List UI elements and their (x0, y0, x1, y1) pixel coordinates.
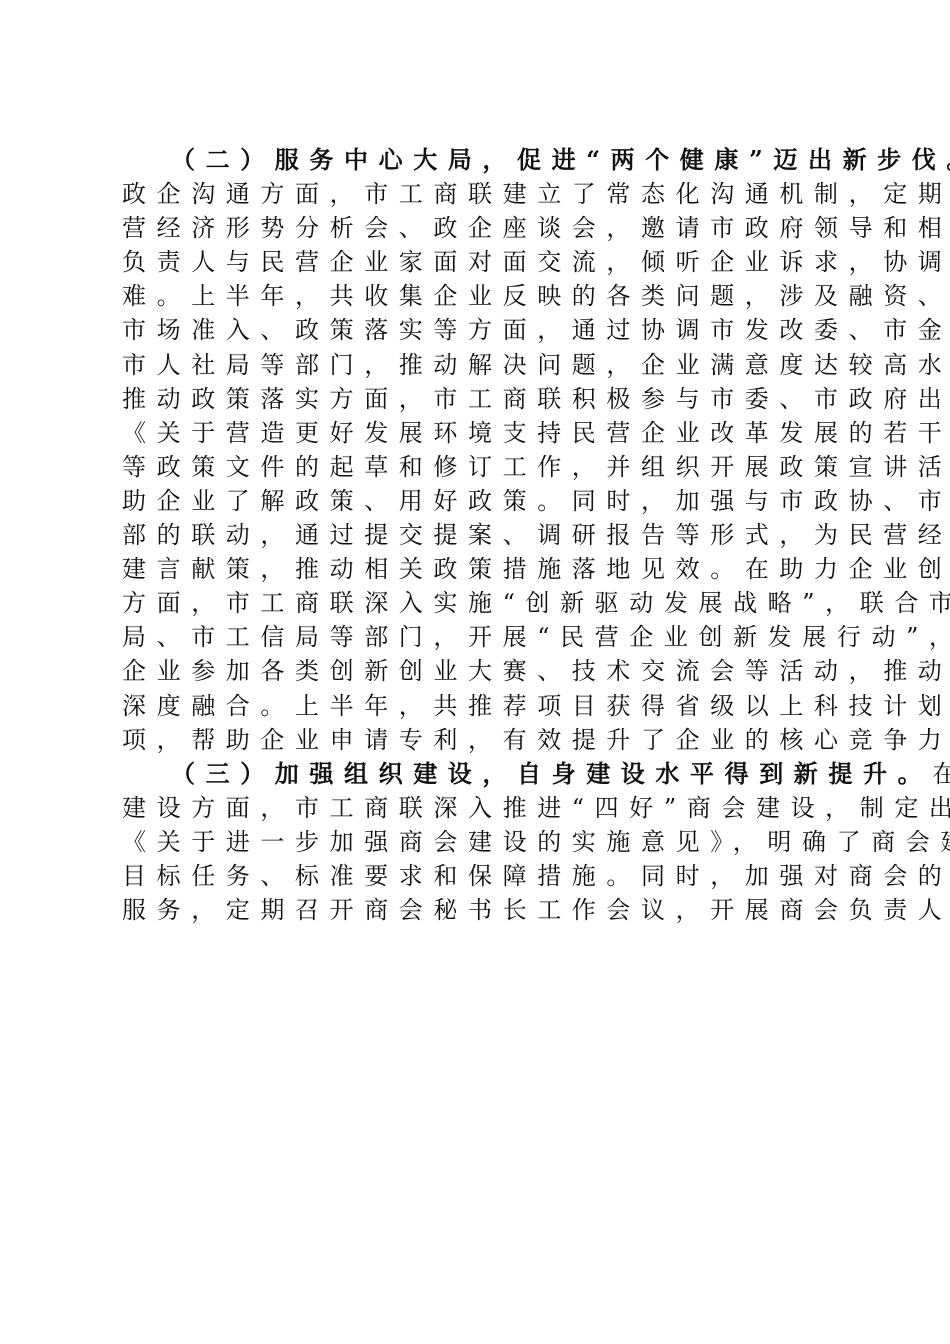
paragraph-line: 项，帮助企业申请专利，有效提升了企业的核心竞争力。 (122, 723, 822, 757)
paragraph-line: 建言献策，推动相关政策措施落地见效。在助力企业创新发展 (122, 552, 822, 586)
paragraph-line: 难。上半年，共收集企业反映的各类问题，涉及融资、用工、 (122, 279, 822, 313)
paragraph-line: 《关于进一步加强商会建设的实施意见》，明确了商会建设的 (122, 825, 822, 859)
paragraph-line: 市场准入、政策落实等方面，通过协调市发改委、市金融局、 (122, 313, 822, 347)
paragraph-section-3: （三）加强组织建设，自身建设水平得到新提升。在商会 建设方面，市工商联深入推进“… (122, 757, 822, 927)
paragraph-line: 助企业了解政策、用好政策。同时，加强与市政协、市委统战 (122, 484, 822, 518)
paragraph-line: 市人社局等部门，推动解决问题，企业满意度达较高水平。在 (122, 348, 822, 382)
paragraph-line: 方面，市工商联深入实施“创新驱动发展战略”，联合市科技 (122, 586, 822, 620)
paragraph-line: 服务，定期召开商会秘书长工作会议，开展商会负责人培训， (122, 893, 822, 927)
paragraph-line: 营经济形势分析会、政企座谈会，邀请市政府领导和相关部门 (122, 211, 822, 245)
section-heading: （三）加强组织建设，自身建设水平得到新提升。 (171, 759, 932, 788)
paragraph-line: 推动政策落实方面，市工商联积极参与市委、市政府出台的 (122, 382, 822, 416)
document-page: （二）服务中心大局，促进“两个健康”迈出新步伐。在 政企沟通方面，市工商联建立了… (0, 0, 950, 1344)
paragraph-line: 企业参加各类创新创业大赛、技术交流会等活动，推动产学研 (122, 654, 822, 688)
paragraph-line: 局、市工信局等部门，开展“民营企业创新发展行动”，组织 (122, 620, 822, 654)
paragraph-line: （二）服务中心大局，促进“两个健康”迈出新步伐。在 (122, 143, 822, 177)
document-body: （二）服务中心大局，促进“两个健康”迈出新步伐。在 政企沟通方面，市工商联建立了… (122, 143, 822, 927)
paragraph-line: 等政策文件的起草和修订工作，并组织开展政策宣讲活动，帮 (122, 450, 822, 484)
paragraph-section-2: （二）服务中心大局，促进“两个健康”迈出新步伐。在 政企沟通方面，市工商联建立了… (122, 143, 822, 757)
paragraph-line: 目标任务、标准要求和保障措施。同时，加强对商会的指导和 (122, 859, 822, 893)
section-heading: （二）服务中心大局，促进“两个健康”迈出新步伐。 (171, 145, 950, 174)
paragraph-line: （三）加强组织建设，自身建设水平得到新提升。在商会 (122, 757, 822, 791)
paragraph-line: 《关于营造更好发展环境支持民营企业改革发展的若干措施》 (122, 416, 822, 450)
line-text: 在商会 (932, 760, 950, 788)
paragraph-line: 深度融合。上半年，共推荐项目获得省级以上科技计划项目立 (122, 689, 822, 723)
paragraph-line: 建设方面，市工商联深入推进“四好”商会建设，制定出台了 (122, 791, 822, 825)
paragraph-line: 负责人与民营企业家面对面交流，倾听企业诉求，协调解决困 (122, 245, 822, 279)
paragraph-line: 政企沟通方面，市工商联建立了常态化沟通机制，定期召开民 (122, 177, 822, 211)
paragraph-line: 部的联动，通过提交提案、调研报告等形式，为民营经济发展 (122, 518, 822, 552)
